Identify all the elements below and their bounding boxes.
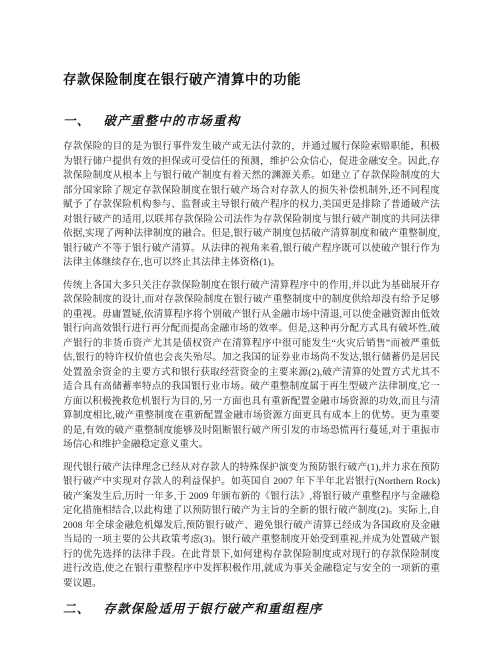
section-1-heading: 一、破产重整中的市场重构 — [63, 114, 440, 129]
section-2-heading: 二、存款保险适用于银行破产和重组程序 — [63, 602, 440, 617]
body-paragraph-2: 传统上各国大多只关注存款保险制度在银行破产清算程序中的作用,并以此为基础展开存款… — [63, 279, 440, 453]
section-2: 二、存款保险适用于银行破产和重组程序 — [63, 602, 440, 617]
section-2-title: 存款保险适用于银行破产和重组程序 — [103, 602, 322, 616]
section-2-number: 二、 — [63, 602, 90, 616]
section-1: 一、破产重整中的市场重构 存款保险的目的是为银行事件发生破产或无法付款的，并通过… — [63, 114, 440, 591]
body-paragraph-1: 存款保险的目的是为银行事件发生破产或无法付款的，并通过履行保险索赔职能，积极为银… — [63, 140, 440, 271]
document-title: 存款保险制度在银行破产清算中的功能 — [63, 72, 440, 88]
document-page: 存款保险制度在银行破产清算中的功能 一、破产重整中的市场重构 存款保险的目的是为… — [0, 0, 500, 647]
section-1-title: 破产重整中的市场重构 — [103, 114, 240, 128]
section-1-number: 一、 — [63, 114, 90, 128]
body-paragraph-3: 现代银行破产法律理念已经从对存款人的特殊保护演变为预防银行破产(1),并力求在预… — [63, 461, 440, 592]
